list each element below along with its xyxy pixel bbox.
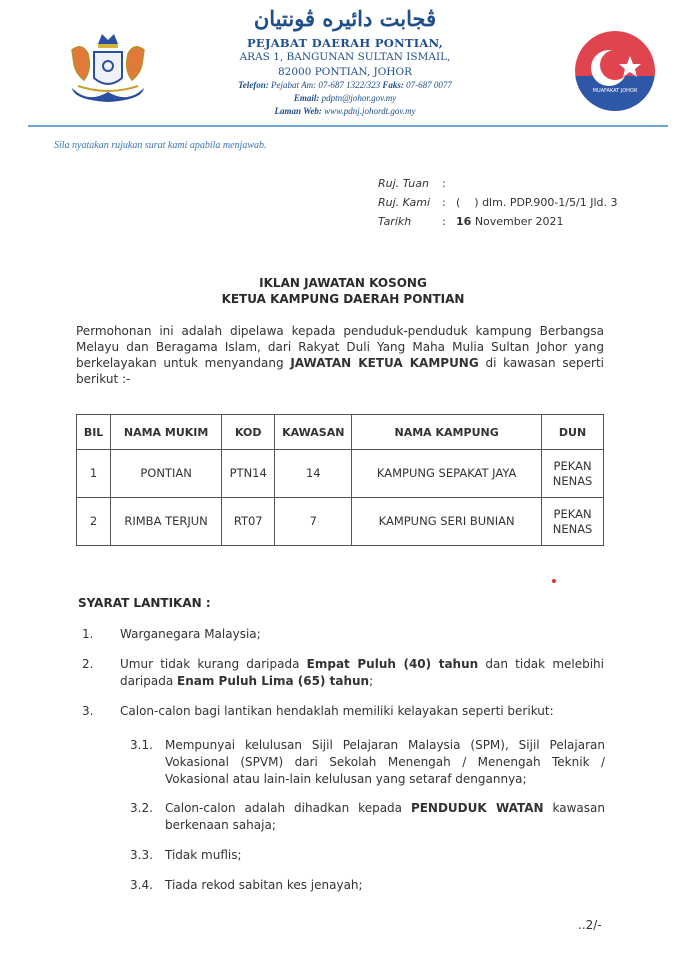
age-min: Empat Puluh (40) tahun [307, 657, 479, 671]
table-row: 1PONTIANPTN1414KAMPUNG SEPAKAT JAYAPEKAN… [77, 450, 604, 498]
letterhead-web: Laman Web: www.pdnj.johordt.gov.my [180, 106, 510, 116]
vacancy-table: BILNAMA MUKIMKODKAWASANNAMA KAMPUNGDUN 1… [76, 414, 604, 546]
sub-condition-text: Calon-calon adalah dihadkan kepada PENDU… [165, 800, 605, 834]
sub-condition-number: 3.4. [130, 877, 153, 894]
johor-coat-of-arms-icon [58, 30, 158, 110]
ruj-kami-value: ( ) dlm. PDP.900-1/5/1 Jld. 3 [456, 193, 617, 212]
table-cell: RIMBA TERJUN [111, 498, 222, 546]
ruj-tuan-label: Ruj. Tuan [378, 174, 442, 193]
notice-subtitle: KETUA KAMPUNG DAERAH PONTIAN [0, 292, 686, 306]
letterhead-email: Email: pdptn@johor.gov.my [180, 93, 510, 103]
colon: : [442, 212, 456, 231]
condition-number: 1. [82, 626, 93, 643]
intro-paragraph: Permohonan ini adalah dipelawa kepada pe… [76, 323, 604, 387]
table-cell: RT07 [222, 498, 275, 546]
tarikh-row: Tarikh : 16 November 2021 [378, 212, 617, 231]
web-value[interactable]: www.pdnj.johordt.gov.my [324, 106, 415, 116]
sub-condition-text: Mempunyai kelulusan Sijil Pelajaran Mala… [165, 737, 605, 788]
table-row: 2RIMBA TERJUNRT077KAMPUNG SERI BUNIANPEK… [77, 498, 604, 546]
page-continuation: ..2/- [578, 918, 602, 932]
web-label: Laman Web: [274, 106, 321, 116]
age-text: Umur tidak kurang daripada [120, 657, 307, 671]
table-cell: KAMPUNG SEPAKAT JAYA [352, 450, 542, 498]
conditions-heading: SYARAT LANTIKAN : [78, 596, 211, 610]
condition-number: 2. [82, 656, 93, 673]
intro-bold-position: JAWATAN KETUA KAMPUNG [290, 356, 478, 370]
age-max: Enam Puluh Lima (65) tahun [177, 674, 369, 688]
phone-label: Telefon: [238, 80, 269, 90]
colon: : [442, 193, 456, 212]
table-cell: 2 [77, 498, 111, 546]
table-cell: PTN14 [222, 450, 275, 498]
fax-label: Faks: [382, 80, 404, 90]
sub-condition-text: Tiada rekod sabitan kes jenayah; [165, 877, 605, 894]
sub-condition-number: 3.3. [130, 847, 153, 864]
ruj-kami-label: Ruj. Kami [378, 193, 442, 212]
table-header-cell: NAMA KAMPUNG [352, 415, 542, 450]
table-cell: PEKAN NENAS [542, 498, 604, 546]
tarikh-value: 16 November 2021 [456, 212, 564, 231]
letterhead-phone: Telefon: Pejabat Am: 07-687 1322/323 Fak… [180, 80, 510, 90]
johor-crescent-star-seal-icon: MUAFAKAT JOHOR [572, 28, 658, 114]
table-cell: 1 [77, 450, 111, 498]
seal-text: MUAFAKAT JOHOR [593, 88, 638, 94]
table-cell: PONTIAN [111, 450, 222, 498]
condition-number: 3. [82, 703, 93, 720]
fax-value: 07-687 0077 [406, 80, 452, 90]
letterhead-jawi-title: ڤجابت دائيره ڤونتيان [180, 6, 510, 31]
email-value[interactable]: pdptn@johor.gov.my [322, 93, 397, 103]
tarikh-month-year: November 2021 [475, 215, 564, 228]
tarikh-label: Tarikh [378, 212, 442, 231]
table-body: 1PONTIANPTN1414KAMPUNG SEPAKAT JAYAPEKAN… [77, 450, 604, 546]
table-header-cell: NAMA MUKIM [111, 415, 222, 450]
condition-text: Calon-calon bagi lantikan hendaklah memi… [120, 703, 620, 720]
age-text-end: ; [369, 674, 373, 688]
condition-text: Warganegara Malaysia; [120, 626, 600, 643]
sub-condition-number: 3.2. [130, 800, 153, 817]
condition-text: Umur tidak kurang daripada Empat Puluh (… [120, 656, 604, 690]
table-header-cell: BIL [77, 415, 111, 450]
email-label: Email: [294, 93, 320, 103]
reference-block: Ruj. Tuan : Ruj. Kami : ( ) dlm. PDP.900… [378, 174, 617, 231]
table-header-cell: KOD [222, 415, 275, 450]
notice-title: IKLAN JAWATAN KOSONG [0, 276, 686, 290]
table-cell: PEKAN NENAS [542, 450, 604, 498]
table-header-row: BILNAMA MUKIMKODKAWASANNAMA KAMPUNGDUN [77, 415, 604, 450]
ruj-tuan-row: Ruj. Tuan : [378, 174, 617, 193]
ink-mark [552, 579, 556, 583]
letterhead-address-line2: 82000 PONTIAN, JOHOR [180, 66, 510, 78]
watan-text: Calon-calon adalah dihadkan kepada [165, 801, 411, 815]
ruj-kami-row: Ruj. Kami : ( ) dlm. PDP.900-1/5/1 Jld. … [378, 193, 617, 212]
phone-value: Pejabat Am: 07-687 1322/323 [271, 80, 380, 90]
table-cell: 7 [275, 498, 352, 546]
sub-condition-number: 3.1. [130, 737, 153, 754]
table-header-cell: KAWASAN [275, 415, 352, 450]
letterhead-address-line1: ARAS 1, BANGUNAN SULTAN ISMAIL, [180, 51, 510, 63]
table-cell: KAMPUNG SERI BUNIAN [352, 498, 542, 546]
letterhead-office-name: PEJABAT DAERAH PONTIAN, [180, 36, 510, 50]
colon: : [442, 174, 456, 193]
table-cell: 14 [275, 450, 352, 498]
table-header-cell: DUN [542, 415, 604, 450]
reference-note: Sila nyatakan rujukan surat kami apabila… [54, 140, 267, 151]
letterhead-divider [28, 125, 668, 127]
tarikh-day: 16 [456, 215, 471, 228]
sub-condition-text: Tidak muflis; [165, 847, 605, 864]
watan-bold: PENDUDUK WATAN [411, 801, 544, 815]
